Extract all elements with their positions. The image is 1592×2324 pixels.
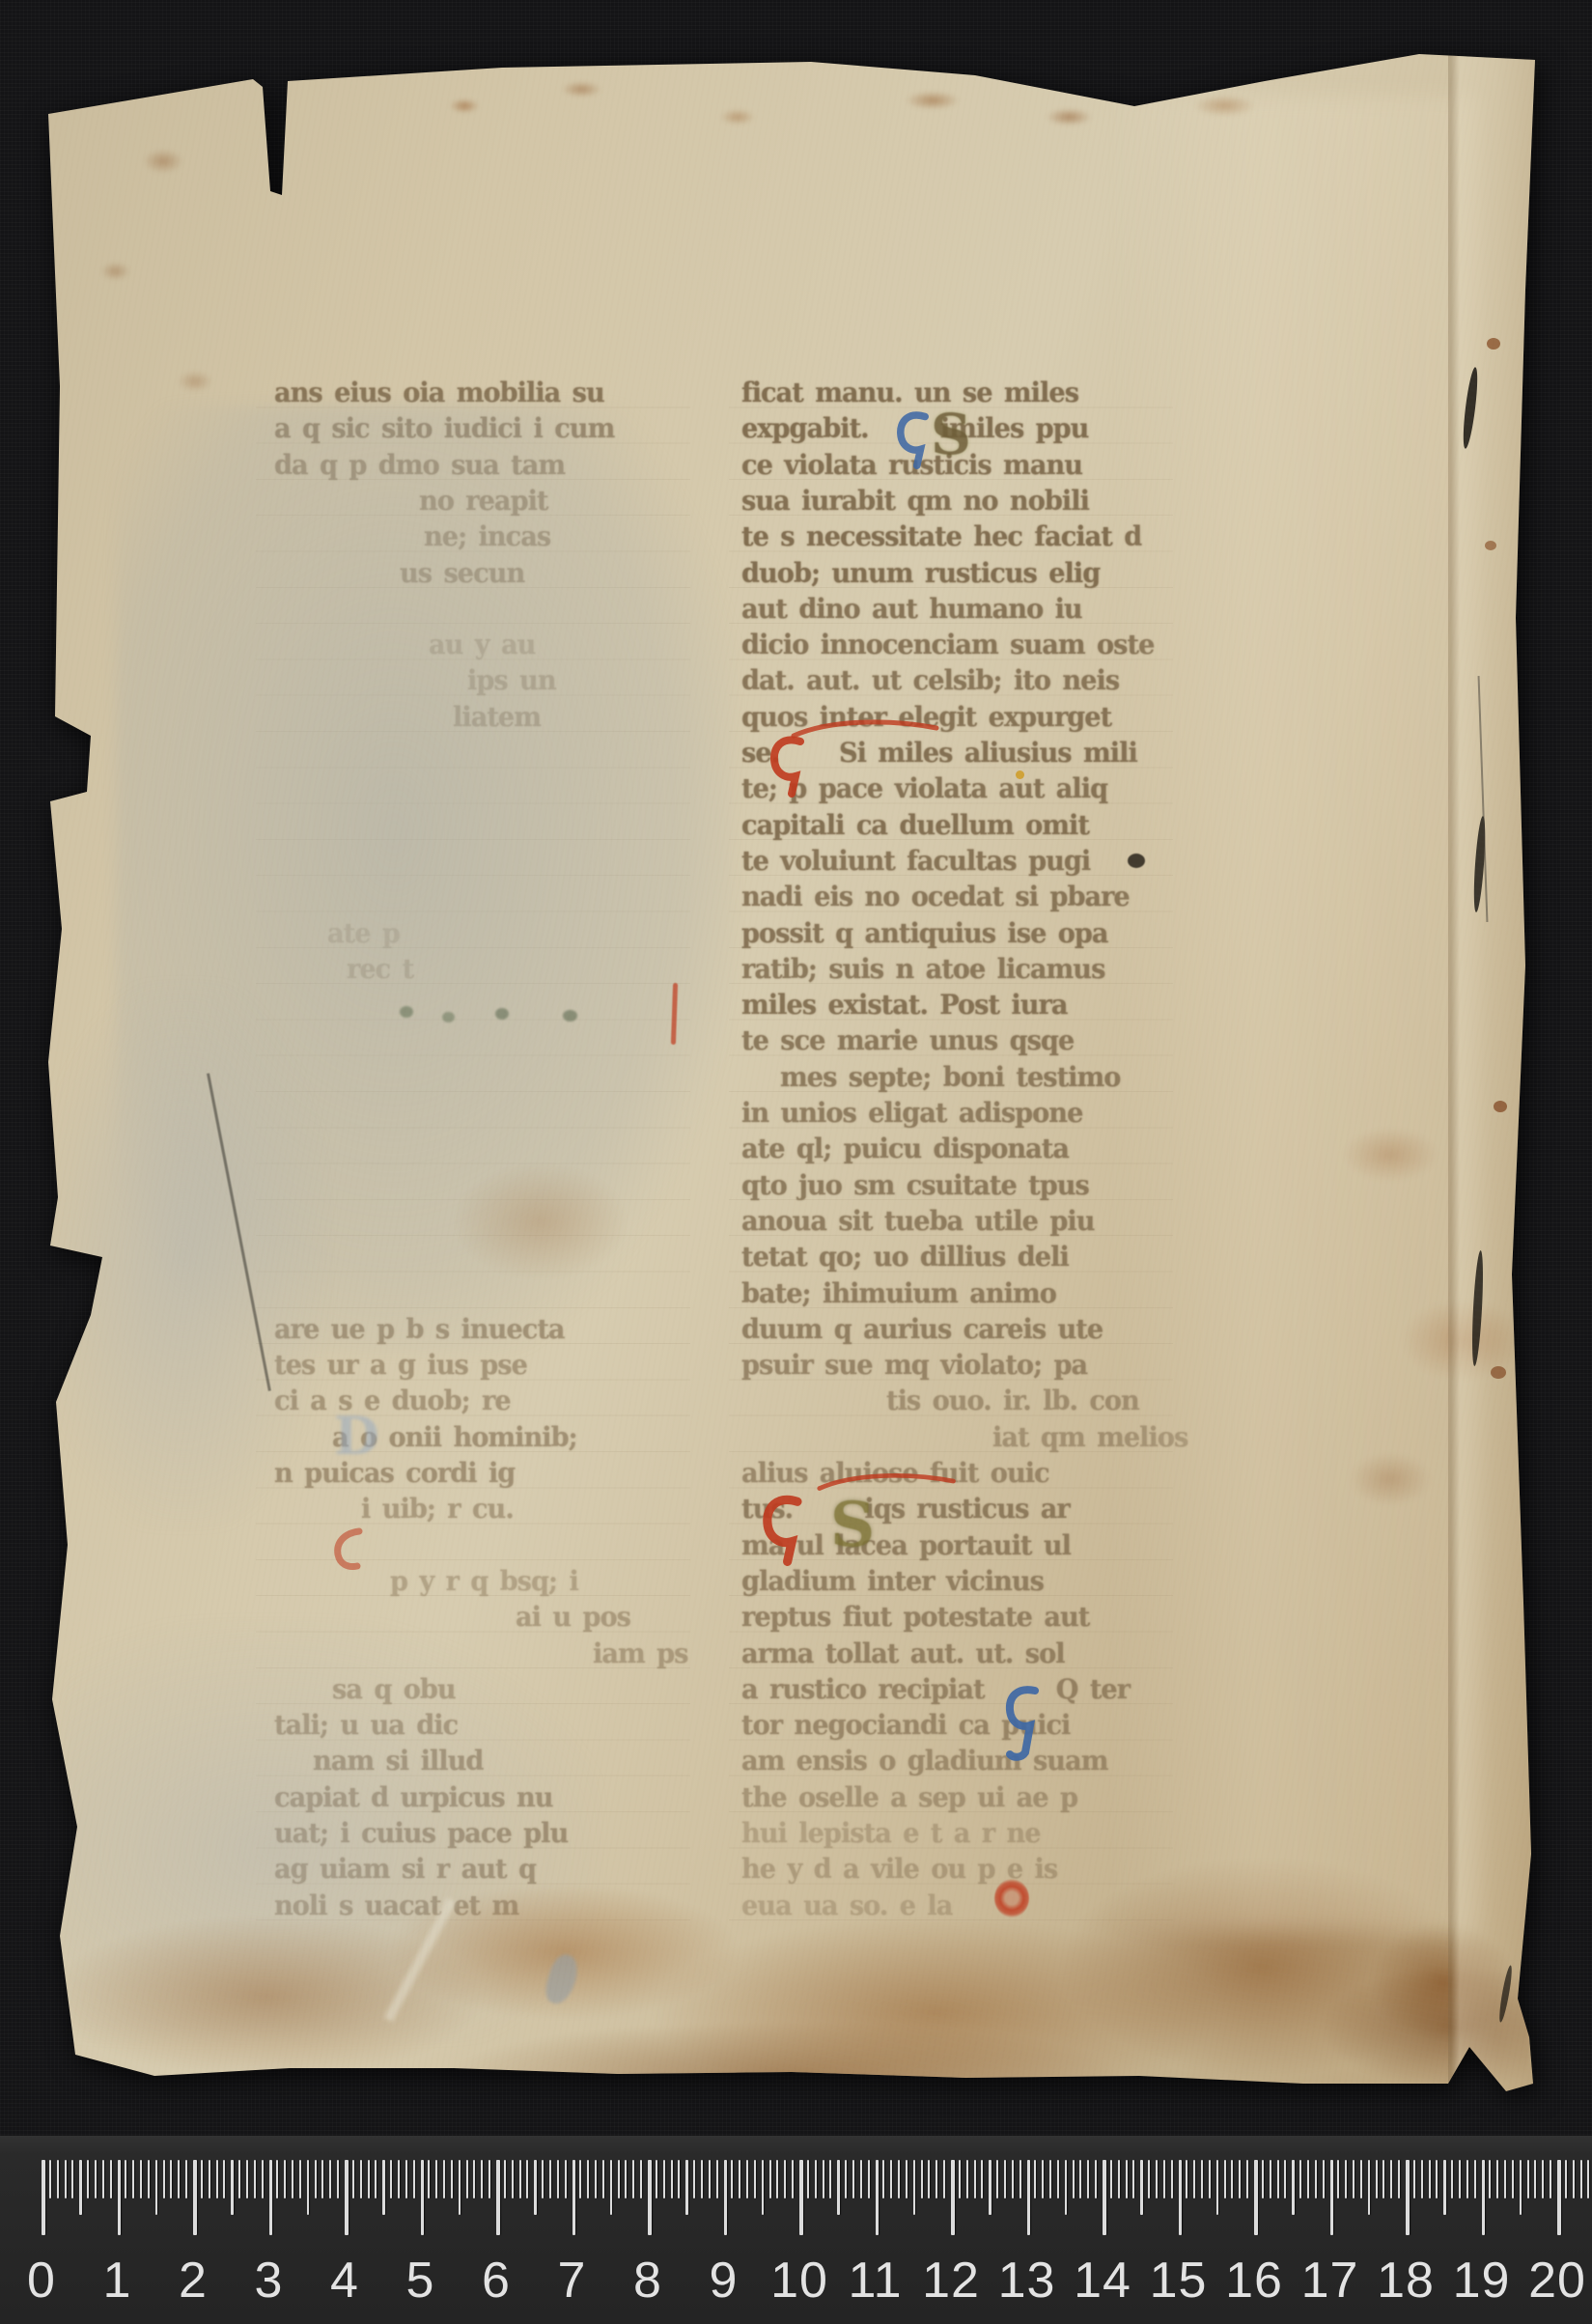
- ruler-tick: [1353, 2160, 1355, 2198]
- ruler-tick: [1398, 2160, 1400, 2198]
- ruler-tick: [526, 2160, 528, 2198]
- ruler-tick: [936, 2160, 937, 2198]
- ruler-tick: [784, 2160, 786, 2198]
- ruler-tick: [1337, 2160, 1339, 2198]
- ruler-number: 13: [998, 2252, 1056, 2310]
- ruler-tick: [989, 2160, 992, 2215]
- ruler-tick: [1216, 2160, 1219, 2215]
- ruler-tick: [1330, 2160, 1334, 2235]
- ruler-tick: [1482, 2160, 1486, 2235]
- ruler-tick: [860, 2160, 862, 2198]
- ruler-tick: [1095, 2160, 1097, 2198]
- ruler-tick: [663, 2160, 665, 2198]
- ruler-tick: [1299, 2160, 1301, 2198]
- ruler-tick: [321, 2160, 323, 2198]
- ruler-number: 17: [1301, 2252, 1359, 2310]
- ruler-tick: [512, 2160, 514, 2198]
- ruler-tick: [693, 2160, 695, 2198]
- ruler-tick: [776, 2160, 778, 2198]
- ruler-tick: [1376, 2160, 1378, 2198]
- ruler-tick: [890, 2160, 892, 2198]
- ruler-number: 15: [1150, 2252, 1208, 2310]
- ruler-tick: [579, 2160, 581, 2198]
- ruler-tick: [1065, 2160, 1068, 2215]
- ruler-tick: [1489, 2160, 1491, 2198]
- ruler-tick: [459, 2160, 461, 2215]
- ruler-tick: [1012, 2160, 1014, 2198]
- ruler-tick: [1103, 2160, 1106, 2235]
- ruler-tick: [656, 2160, 657, 2198]
- ruler-tick: [163, 2160, 165, 2198]
- ruler-tick: [876, 2160, 880, 2235]
- ruler-tick: [125, 2160, 126, 2198]
- ruler-tick: [724, 2160, 728, 2235]
- ruler-tick: [360, 2160, 362, 2198]
- ruler-tick: [307, 2160, 310, 2215]
- ruler-tick: [481, 2160, 483, 2198]
- ruler-tick: [269, 2160, 273, 2235]
- ruler-tick: [1557, 2160, 1561, 2235]
- ruler-tick: [1193, 2160, 1195, 2198]
- ruler-tick: [1087, 2160, 1089, 2198]
- ruler-tick: [1179, 2160, 1183, 2235]
- ruler-number: 6: [482, 2252, 511, 2310]
- ruler-tick: [671, 2160, 673, 2198]
- ruler-tick: [1406, 2160, 1410, 2235]
- ruler-tick: [1504, 2160, 1506, 2198]
- ruler-tick: [201, 2160, 203, 2198]
- ruler-tick: [852, 2160, 854, 2198]
- ruler-tick: [602, 2160, 604, 2198]
- ruler-tick: [1239, 2160, 1241, 2198]
- ruler-tick: [1307, 2160, 1309, 2198]
- ruler-tick: [1527, 2160, 1529, 2198]
- ruler-tick: [685, 2160, 688, 2215]
- ruler-tick: [504, 2160, 506, 2198]
- ruler-tick: [1534, 2160, 1536, 2198]
- ruler-tick: [906, 2160, 908, 2198]
- ruler-tick: [231, 2160, 234, 2215]
- ruler-tick: [701, 2160, 703, 2198]
- ruler-tick: [1049, 2160, 1051, 2198]
- ruler-tick: [1421, 2160, 1423, 2198]
- ruler-tick: [587, 2160, 589, 2198]
- ruler-tick: [739, 2160, 740, 2198]
- ruler-tick: [49, 2160, 51, 2198]
- ruler-tick: [435, 2160, 437, 2198]
- ruler-tick: [1580, 2160, 1582, 2198]
- ruler-number: 3: [255, 2252, 284, 2310]
- ruler: 01234567891011121314151617181920: [0, 2136, 1592, 2324]
- ruler-tick: [216, 2160, 218, 2198]
- ruler-tick: [1413, 2160, 1415, 2198]
- ruler-tick: [170, 2160, 172, 2198]
- ruler-number: 10: [770, 2252, 828, 2310]
- ruler-tick: [1027, 2160, 1031, 2235]
- ruler-tick: [762, 2160, 765, 2215]
- ruler-tick: [519, 2160, 521, 2198]
- ruler-tick: [640, 2160, 642, 2198]
- ruler-tick: [413, 2160, 415, 2198]
- ruler-tick: [132, 2160, 134, 2198]
- ruler-tick: [185, 2160, 187, 2198]
- ruler-tick: [678, 2160, 680, 2198]
- ruler-tick: [1459, 2160, 1461, 2198]
- ruler-tick: [276, 2160, 278, 2198]
- ruler-tick: [178, 2160, 180, 2198]
- ruler-tick: [140, 2160, 142, 2198]
- ruler-number: 5: [406, 2252, 435, 2310]
- ruler-number: 12: [922, 2252, 980, 2310]
- ruler-tick: [1284, 2160, 1286, 2198]
- ruler-tick: [709, 2160, 711, 2198]
- ruler-tick: [42, 2160, 45, 2235]
- ruler-tick: [921, 2160, 923, 2198]
- ruler-tick: [829, 2160, 831, 2198]
- ruler-tick: [1156, 2160, 1158, 2198]
- ruler-tick: [1224, 2160, 1226, 2198]
- ruler-tick: [315, 2160, 317, 2198]
- ruler-tick: [981, 2160, 983, 2198]
- ruler-tick: [382, 2160, 385, 2215]
- ruler-tick: [1073, 2160, 1075, 2198]
- ruler-tick: [1443, 2160, 1446, 2215]
- ruler-tick: [534, 2160, 537, 2215]
- ruler-tick: [1451, 2160, 1453, 2198]
- ruler-tick: [632, 2160, 634, 2198]
- ruler-tick: [1171, 2160, 1173, 2198]
- ruler-number: 14: [1074, 2252, 1131, 2310]
- ruler-tick: [1186, 2160, 1187, 2198]
- ruler-tick: [1034, 2160, 1036, 2198]
- ruler-tick: [1126, 2160, 1128, 2198]
- ruler-tick: [1019, 2160, 1021, 2198]
- ruler-tick: [882, 2160, 884, 2198]
- ruler-tick: [496, 2160, 500, 2235]
- ruler-tick: [1542, 2160, 1544, 2198]
- ruler-tick: [193, 2160, 197, 2235]
- ruler-tick: [223, 2160, 225, 2198]
- ruler-number: 0: [27, 2252, 56, 2310]
- ruler-tick: [292, 2160, 293, 2198]
- ruler-tick: [1368, 2160, 1371, 2215]
- ruler-tick: [246, 2160, 248, 2198]
- ruler-number: 1: [103, 2252, 132, 2310]
- ruler-tick: [352, 2160, 354, 2198]
- ruler-tick: [155, 2160, 158, 2215]
- ruler-tick: [1079, 2160, 1081, 2198]
- ruler-tick: [1231, 2160, 1233, 2198]
- ruler-tick: [368, 2160, 370, 2198]
- ruler-tick: [1148, 2160, 1150, 2198]
- ruler-tick: [996, 2160, 998, 2198]
- ruler-tick: [959, 2160, 961, 2198]
- ruler-tick: [823, 2160, 824, 2198]
- ruler-tick: [557, 2160, 559, 2198]
- ruler-tick: [769, 2160, 771, 2198]
- ruler-tick: [1246, 2160, 1248, 2198]
- ruler-tick: [390, 2160, 392, 2198]
- ruler-tick: [1140, 2160, 1143, 2215]
- ruler-tick: [610, 2160, 613, 2215]
- ruler-number: 2: [179, 2252, 208, 2310]
- ruler-tick: [254, 2160, 256, 2198]
- ruler-tick: [102, 2160, 104, 2198]
- ruler-tick: [57, 2160, 59, 2198]
- ruler-number: 9: [710, 2252, 739, 2310]
- ruler-tick: [542, 2160, 544, 2198]
- ruler-tick: [1383, 2160, 1384, 2198]
- ruler-tick: [845, 2160, 847, 2198]
- ruler-tick: [731, 2160, 733, 2198]
- ruler-tick: [1512, 2160, 1514, 2198]
- ruler-tick: [1132, 2160, 1134, 2198]
- ruler-tick: [1496, 2160, 1498, 2198]
- ruler-tick: [398, 2160, 400, 2198]
- ruler-tick: [1474, 2160, 1476, 2198]
- ruler-number: 19: [1453, 2252, 1511, 2310]
- ruler-tick: [1565, 2160, 1567, 2198]
- ruler-tick: [618, 2160, 620, 2198]
- ruler-tick: [1163, 2160, 1165, 2198]
- ruler-tick: [466, 2160, 468, 2198]
- ruler-number: 11: [849, 2252, 903, 2310]
- ruler-tick: [928, 2160, 930, 2198]
- ruler-tick: [1360, 2160, 1362, 2198]
- manuscript-photo: ans eius oia mobilia sua q sic sito iudi…: [0, 0, 1592, 2324]
- ruler-tick: [405, 2160, 407, 2198]
- ruler-tick: [837, 2160, 840, 2215]
- ruler-tick: [329, 2160, 331, 2198]
- ruler-tick: [1315, 2160, 1317, 2198]
- ruler-tick: [110, 2160, 112, 2198]
- ruler-tick: [565, 2160, 567, 2198]
- ruler-tick: [1390, 2160, 1392, 2198]
- ruler-tick: [868, 2160, 870, 2198]
- ruler-tick: [1254, 2160, 1258, 2235]
- ruler-tick: [1004, 2160, 1006, 2198]
- ruler-tick: [1262, 2160, 1264, 2198]
- ruler-tick: [1345, 2160, 1347, 2198]
- ruler-tick: [1118, 2160, 1120, 2198]
- ruler-tick: [1573, 2160, 1575, 2198]
- ruler-tick: [974, 2160, 976, 2198]
- edge-vignette: [0, 0, 1592, 2324]
- ruler-tick: [815, 2160, 817, 2198]
- ruler-tick: [1587, 2160, 1589, 2198]
- ruler-tick: [79, 2160, 82, 2215]
- ruler-tick: [299, 2160, 301, 2198]
- ruler-tick: [1323, 2160, 1325, 2198]
- ruler-tick: [1550, 2160, 1551, 2198]
- ruler-tick: [428, 2160, 430, 2198]
- ruler-tick: [148, 2160, 150, 2198]
- ruler-tick: [1520, 2160, 1522, 2215]
- ruler-number: 4: [330, 2252, 359, 2310]
- ruler-tick: [443, 2160, 445, 2198]
- ruler-tick: [549, 2160, 551, 2198]
- ruler-tick: [1277, 2160, 1279, 2198]
- ruler-number: 8: [633, 2252, 662, 2310]
- ruler-tick: [1110, 2160, 1112, 2198]
- ruler-tick: [345, 2160, 349, 2235]
- ruler-tick: [625, 2160, 627, 2198]
- ruler-tick: [1057, 2160, 1059, 2198]
- ruler-tick: [238, 2160, 240, 2198]
- ruler-tick: [284, 2160, 286, 2198]
- ruler-tick: [473, 2160, 475, 2198]
- ruler-tick: [792, 2160, 794, 2198]
- ruler-number: 16: [1225, 2252, 1283, 2310]
- ruler-tick: [1201, 2160, 1203, 2198]
- ruler-tick: [489, 2160, 490, 2198]
- ruler-tick: [807, 2160, 809, 2198]
- ruler-tick: [799, 2160, 803, 2235]
- ruler-tick: [754, 2160, 756, 2198]
- ruler-tick: [898, 2160, 900, 2198]
- ruler-tick: [337, 2160, 339, 2198]
- ruler-tick: [573, 2160, 576, 2235]
- ruler-tick: [87, 2160, 89, 2198]
- ruler-tick: [451, 2160, 453, 2198]
- ruler-tick: [951, 2160, 955, 2235]
- ruler-tick: [648, 2160, 652, 2235]
- ruler-tick: [421, 2160, 425, 2235]
- ruler-number: 20: [1528, 2252, 1586, 2310]
- ruler-tick: [95, 2160, 97, 2198]
- ruler-tick: [1466, 2160, 1468, 2198]
- ruler-tick: [262, 2160, 264, 2198]
- ruler-tick: [1209, 2160, 1211, 2198]
- ruler-tick: [375, 2160, 377, 2198]
- ruler-tick: [966, 2160, 968, 2198]
- ruler-tick: [1270, 2160, 1271, 2198]
- manuscript-leaf: ans eius oia mobilia sua q sic sito iudi…: [0, 0, 1592, 2324]
- ruler-tick: [1042, 2160, 1044, 2198]
- ruler-tick: [595, 2160, 597, 2198]
- ruler-tick: [1429, 2160, 1431, 2198]
- ruler-tick: [65, 2160, 67, 2198]
- ruler-tick: [716, 2160, 718, 2198]
- ruler-tick: [1292, 2160, 1295, 2215]
- ruler-tick: [1436, 2160, 1438, 2198]
- ruler-tick: [209, 2160, 210, 2198]
- ruler-tick: [943, 2160, 945, 2198]
- ruler-tick: [118, 2160, 122, 2235]
- ruler-tick: [746, 2160, 748, 2198]
- ruler-number: 7: [558, 2252, 587, 2310]
- ruler-number: 18: [1377, 2252, 1435, 2310]
- ruler-tick: [913, 2160, 916, 2215]
- leaf-shadow: ans eius oia mobilia sua q sic sito iudi…: [0, 0, 1592, 2324]
- ruler-tick: [71, 2160, 73, 2198]
